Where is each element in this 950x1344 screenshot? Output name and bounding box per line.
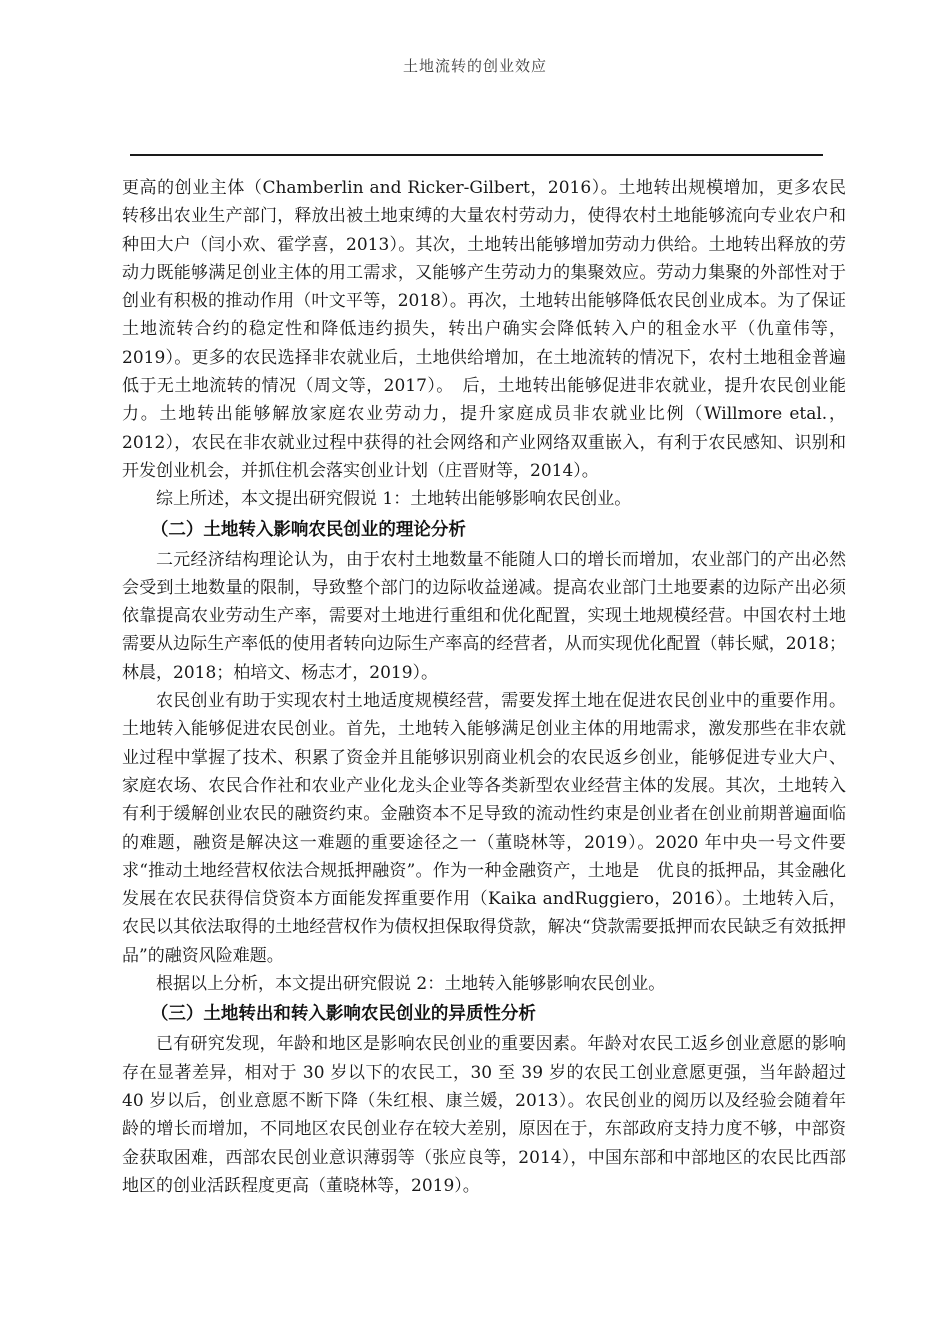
paragraph-hypothesis-1: 综上所述，本文提出研究假说 1：土地转出能够影响农民创业。 [122,485,846,513]
paragraph-land-transfer-in: 农民创业有助于实现农村土地适度规模经营，需要发挥土地在促进农民创业中的重要作用。… [122,687,846,970]
page-header-title: 土地流转的创业效应 [0,55,950,76]
document-body: 更高的创业主体（Chamberlin and Ricker-Gilbert，20… [122,174,846,1200]
header-rule [130,154,823,156]
section-heading-3: （三）土地转出和转入影响农民创业的异质性分析 [122,1002,846,1026]
paragraph-dual-economy: 二元经济结构理论认为，由于农村土地数量不能随人口的增长而增加，农业部门的产出必然… [122,546,846,687]
document-page: 土地流转的创业效应 更高的创业主体（Chamberlin and Ricker-… [0,0,950,1344]
paragraph-hypothesis-2: 根据以上分析，本文提出研究假说 2：土地转入能够影响农民创业。 [122,970,846,998]
paragraph-heterogeneity: 已有研究发现，年龄和地区是影响农民创业的重要因素。年龄对农民工返乡创业意愿的影响… [122,1030,846,1200]
paragraph-continuation: 更高的创业主体（Chamberlin and Ricker-Gilbert，20… [122,174,846,485]
section-heading-2: （二）土地转入影响农民创业的理论分析 [122,518,846,542]
